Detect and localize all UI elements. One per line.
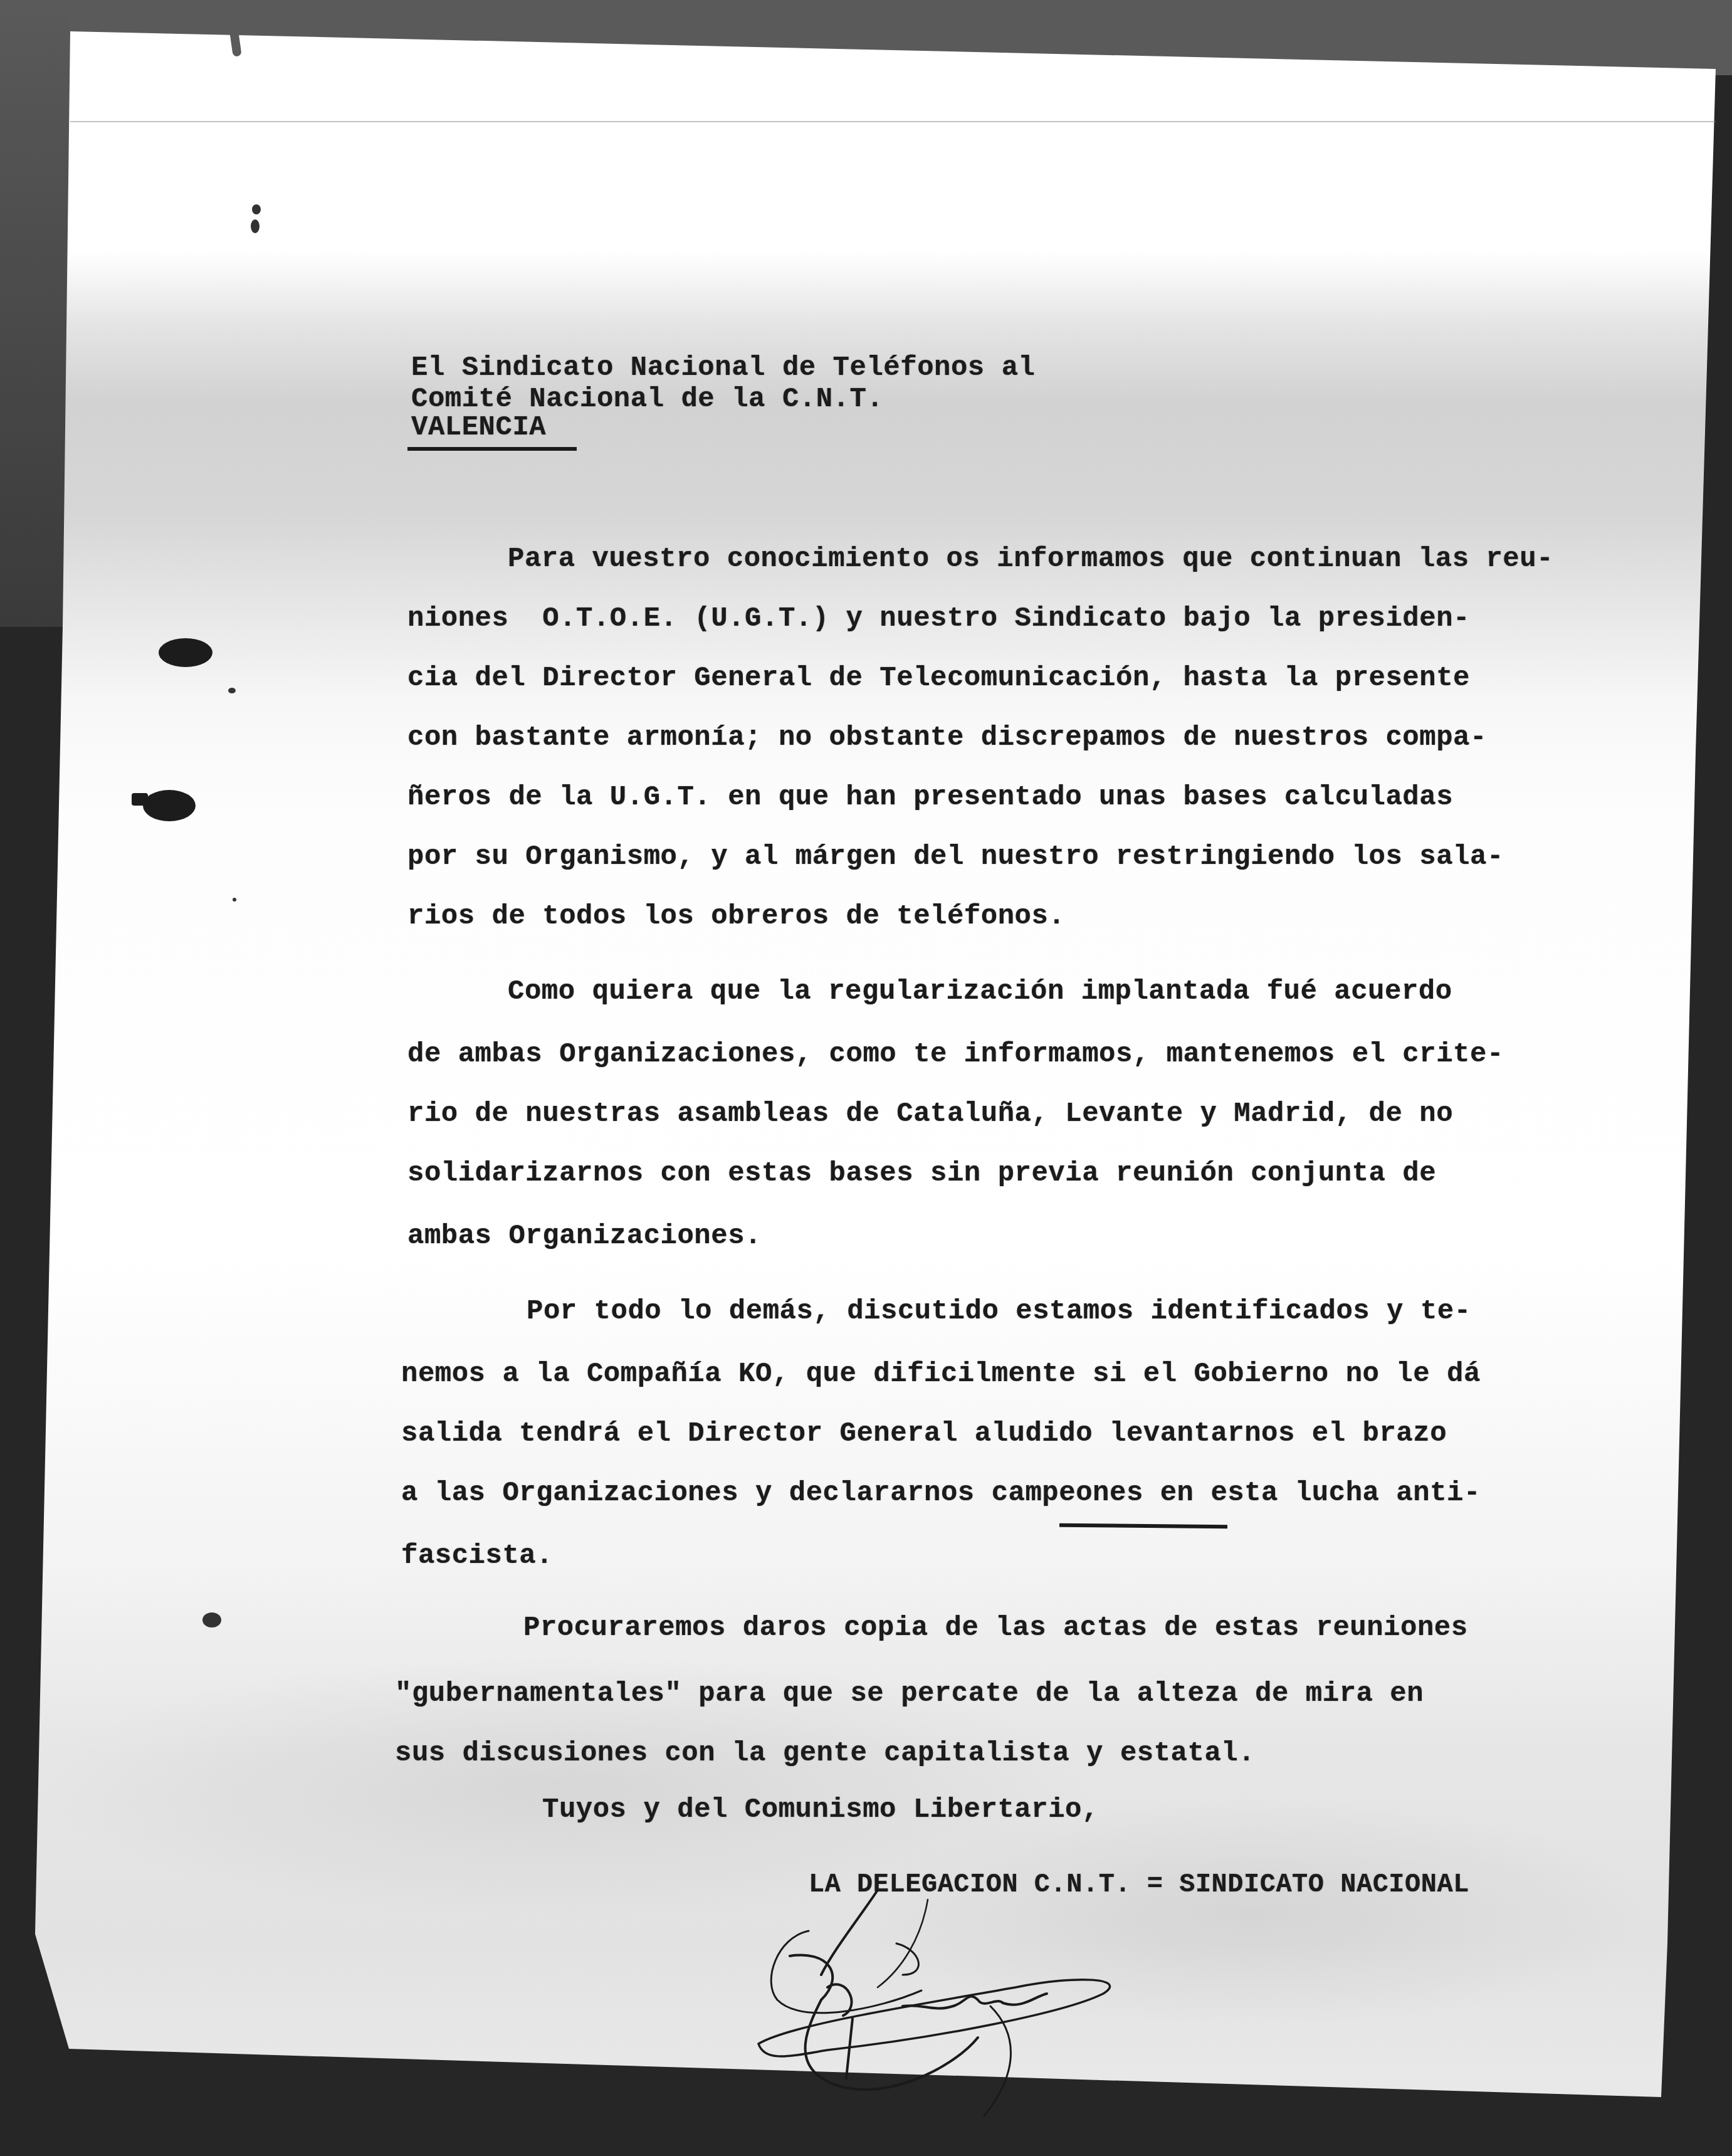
- speck-mark: [252, 204, 261, 214]
- punch-hole-lower-tail: [132, 793, 148, 806]
- valencia-underline: [407, 447, 577, 451]
- paragraph-line: Como quiera que la regularización implan…: [508, 978, 1452, 1006]
- speck-mark: [251, 219, 260, 233]
- paragraph-line: niones O.T.O.E. (U.G.T.) y nuestro Sindi…: [407, 605, 1470, 633]
- paragraph-line: ñeros de la U.G.T. en que han presentado…: [407, 784, 1453, 811]
- scanner-backdrop-left: [0, 0, 70, 627]
- paragraph-line: con bastante armonía; no obstante discre…: [407, 724, 1487, 752]
- paragraph-line: por su Organismo, y al márgen del nuestr…: [407, 843, 1504, 871]
- scan-artifact-line: [70, 121, 1716, 122]
- paragraph-line: rios de todos los obreros de teléfonos.: [407, 903, 1065, 930]
- addressee-line: El Sindicato Nacional de Teléfonos al: [411, 354, 1035, 382]
- speck-mark: [228, 688, 236, 693]
- speck-mark: [202, 1612, 221, 1628]
- paragraph-line: sus discusiones con la gente capitalista…: [395, 1740, 1255, 1767]
- paper-sheet: [0, 0, 1732, 2156]
- addressee-line: Comité Nacional de la C.N.T.: [411, 386, 883, 413]
- addressee-city: VALENCIA: [411, 414, 546, 441]
- paragraph-line: a las Organizaciones y declararnos campe…: [401, 1480, 1481, 1507]
- punch-hole-lower: [143, 790, 196, 821]
- paragraph-line: fascista.: [401, 1542, 553, 1570]
- paragraph-line: solidarizarnos con estas bases sin previ…: [407, 1160, 1436, 1187]
- paragraph-line: Procuraremos daros copia de las actas de…: [523, 1614, 1468, 1642]
- paragraph-line: Por todo lo demás, discutido estamos ide…: [527, 1298, 1471, 1325]
- closing-salutation: Tuyos y del Comunismo Libertario,: [542, 1796, 1099, 1824]
- paragraph-line: ambas Organizaciones.: [407, 1223, 762, 1250]
- handwritten-signature-icon: [752, 1881, 1504, 2132]
- punch-hole-upper: [159, 638, 213, 667]
- paragraph-line: rio de nuestras asambleas de Cataluña, L…: [407, 1100, 1453, 1128]
- paragraph-line: de ambas Organizaciones, como te informa…: [407, 1041, 1504, 1068]
- paragraph-line: Para vuestro conocimiento os informamos …: [508, 545, 1553, 573]
- paragraph-line: "gubernamentales" para que se percate de…: [395, 1680, 1424, 1708]
- speck-mark: [233, 898, 236, 902]
- paragraph-line: salida tendrá el Director General aludid…: [401, 1420, 1447, 1448]
- paragraph-line: cia del Director General de Telecomunica…: [407, 665, 1470, 692]
- paragraph-line: nemos a la Compañía KO, que dificilmente…: [401, 1360, 1481, 1388]
